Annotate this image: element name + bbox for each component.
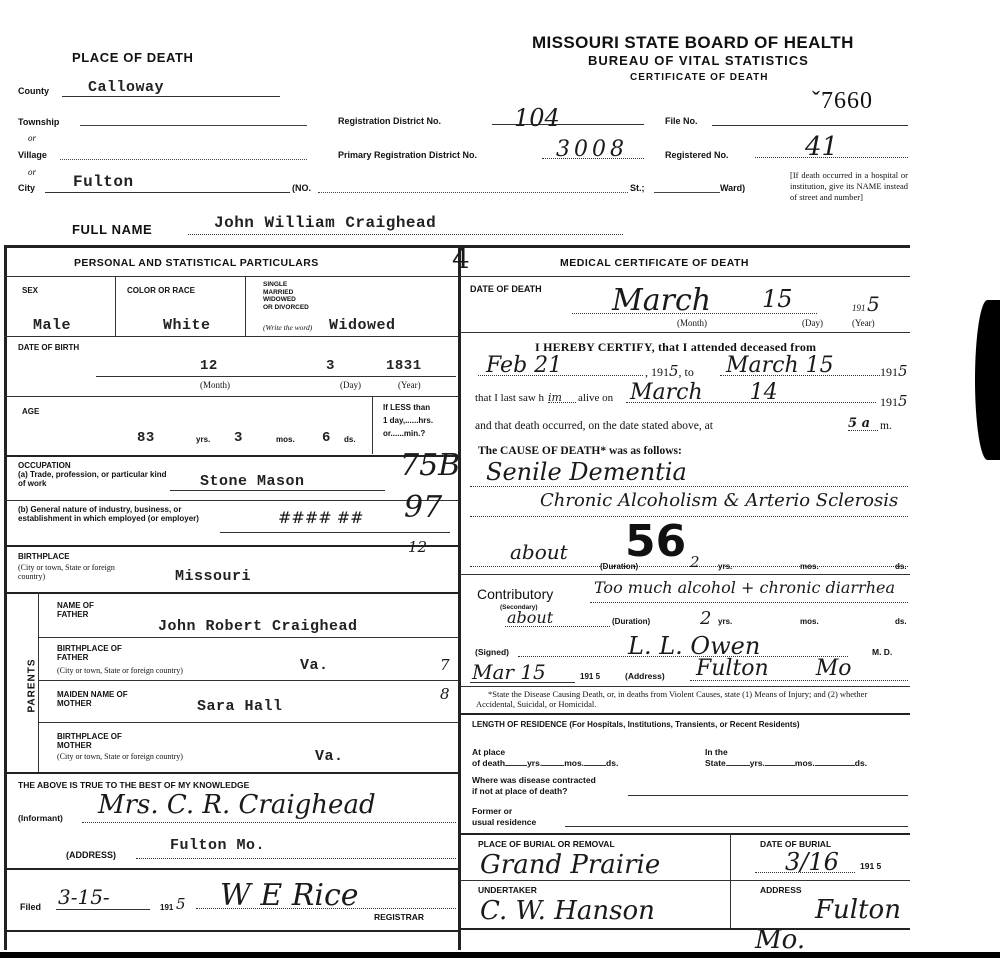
yrs-label: yrs.: [196, 435, 210, 444]
cause-code: 56: [625, 520, 686, 564]
birthplace-value[interactable]: Missouri: [175, 568, 251, 585]
certificate-title: CERTIFICATE OF DEATH: [630, 72, 769, 83]
occupation-a-label: (a) Trade, profession, or particular kin…: [18, 470, 168, 488]
primary-registration-label: Primary Registration District No.: [338, 151, 477, 160]
less-than-note: If LESS than 1 day,......hrs. or......mi…: [383, 401, 433, 440]
attended-from: Feb 21: [486, 353, 562, 378]
undertaker-value: C. W. Hanson: [480, 896, 655, 926]
margin-code-top: 4: [452, 242, 470, 275]
primary-registration-field[interactable]: 3008: [542, 137, 644, 159]
res-ds: ds.: [606, 758, 618, 768]
rule: [372, 396, 373, 454]
registered-no-field[interactable]: 41: [755, 132, 908, 158]
where-contracted-label: Where was disease contracted: [472, 776, 596, 785]
informant-address-field[interactable]: Fulton Mo.: [136, 836, 456, 859]
informant-field[interactable]: Mrs. C. R. Craighead: [82, 790, 456, 823]
pronoun-value: im: [548, 391, 562, 404]
res-mos: mos.: [564, 758, 584, 768]
undertaker-address-value: Fulton Mo.: [755, 895, 901, 955]
city-field[interactable]: Fulton: [45, 173, 290, 193]
rule: [4, 930, 458, 932]
filed-date-field[interactable]: 3-15-: [56, 885, 150, 910]
mother-birthplace-value[interactable]: Va.: [315, 748, 344, 765]
of-death-text: of death: [472, 758, 505, 768]
duration-label-1: (Duration): [600, 562, 638, 571]
bureau-title: BUREAU OF VITAL STATISTICS: [588, 53, 809, 68]
margin-code-industry: 97: [404, 490, 442, 525]
township-field[interactable]: [80, 116, 307, 126]
rule: [460, 833, 910, 835]
file-number-stamp: ˇ7660: [812, 88, 873, 115]
address-label: (ADDRESS): [66, 851, 116, 860]
color-race-value[interactable]: White: [163, 317, 211, 334]
physician-address: Fulton Mo: [696, 656, 852, 681]
margin-code-occupation: 75B: [400, 448, 460, 483]
place-of-death-title: PLACE OF DEATH: [72, 50, 194, 65]
state-residence: Stateyrs.mos.ds.: [705, 759, 867, 768]
to-year: 1915: [880, 362, 908, 380]
father-birthplace-hint: (City or town, State or foreign country): [57, 666, 183, 676]
cause-1: Senile Dementia: [486, 458, 687, 486]
from-year: , 1915, to: [645, 362, 694, 380]
street-no-label: (NO.: [292, 184, 311, 193]
ward-label: Ward): [720, 184, 745, 193]
rule: [4, 500, 458, 501]
rule: [38, 680, 458, 681]
less-day-line: 1 day,......hrs.: [383, 414, 433, 427]
residence-title: LENGTH OF RESIDENCE (For Hospitals, Inst…: [472, 720, 908, 730]
city-label: City: [18, 184, 35, 193]
dob-month: 12: [200, 358, 218, 374]
cause-3: about: [510, 540, 568, 564]
res-yrs: yrs.: [527, 758, 542, 768]
disease-contracted-field[interactable]: [628, 786, 908, 796]
burial-date-value: 3/16: [785, 848, 839, 876]
street-field[interactable]: [318, 183, 628, 193]
year-prefix: 191: [880, 365, 898, 379]
occupation-value: Stone Mason: [200, 473, 305, 490]
rule: [245, 276, 246, 336]
cause-2: Chronic Alcoholism & Arterio Sclerosis: [540, 490, 898, 511]
death-month: March: [612, 283, 711, 318]
death-time-field[interactable]: 5 a: [848, 414, 878, 431]
year-digit: 5: [898, 362, 908, 380]
dob-year: 1831: [386, 358, 422, 374]
dob-month-caption: (Month): [200, 380, 230, 390]
left-border: [4, 245, 7, 950]
mother-name-value[interactable]: Sara Hall: [197, 698, 283, 715]
rule: [4, 545, 458, 547]
informant-address-value: Fulton Mo.: [170, 837, 265, 854]
mos-label: mos.: [276, 435, 295, 444]
death-day-caption: (Day): [802, 318, 823, 328]
filed-year-prefix: 191: [160, 903, 173, 912]
registrar-signature: W E Rice: [220, 878, 359, 913]
year-prefix: 191: [880, 395, 898, 409]
duration-1-years: 2: [690, 553, 700, 571]
contributory-value: Too much alcohol + chronic diarrhea: [594, 578, 895, 597]
alive-on-text: alive on: [578, 392, 613, 404]
less-than-line: If LESS than: [383, 401, 433, 414]
year-prefix: 191: [651, 365, 669, 379]
last-saw-date: March 14: [630, 380, 778, 405]
less-min-line: or......min.?: [383, 427, 433, 440]
duration-2-mos-label: mos.: [800, 617, 819, 626]
scan-artifact: [975, 300, 1000, 460]
duration-1-mos-label: mos.: [800, 562, 819, 571]
undertaker-address-label: ADDRESS: [760, 886, 802, 895]
village-label: Village: [18, 151, 47, 160]
true-statement: THE ABOVE IS TRUE TO THE BEST OF MY KNOW…: [18, 781, 249, 790]
mother-name-label: MAIDEN NAME OF MOTHER: [57, 690, 157, 708]
personal-section-title: PERSONAL AND STATISTICAL PARTICULARS: [74, 257, 319, 269]
cause-footnote: *State the Disease Causing Death, or, in…: [476, 689, 906, 709]
ds-label: ds.: [344, 435, 356, 444]
village-field[interactable]: [60, 150, 307, 160]
birthplace-hint: (City or town, State or foreign country): [18, 563, 140, 581]
filed-date: 3-15-: [58, 885, 110, 909]
rule: [460, 276, 910, 277]
undertaker-label: UNDERTAKER: [478, 886, 537, 895]
rule: [4, 772, 458, 774]
death-occurred-text: and that death occurred, on the date sta…: [475, 420, 713, 432]
to-label: to: [685, 365, 694, 379]
contributory-duration-prefix: about: [507, 608, 553, 627]
state-mos: mos.: [795, 758, 815, 768]
of-death-label: of deathyrs.mos.ds.: [472, 759, 618, 768]
year-digit: 5: [669, 362, 679, 380]
st-label: St.;: [630, 184, 645, 193]
center-divider: [458, 245, 461, 950]
rule: [4, 592, 458, 594]
date-of-death-label: DATE OF DEATH: [470, 285, 542, 294]
occupation-label: OCCUPATION: [18, 461, 71, 470]
or-text-2: or: [28, 167, 36, 177]
full-name-label: FULL NAME: [72, 222, 152, 237]
parents-label: PARENTS: [27, 656, 38, 716]
or-text-1: or: [28, 133, 36, 143]
rule: [38, 592, 39, 772]
burial-date-field[interactable]: 3/16: [755, 848, 855, 873]
full-name-value: John William Craighead: [214, 214, 436, 232]
contributory-label: Contributory: [477, 586, 553, 602]
rule: [460, 713, 910, 715]
file-no-field[interactable]: [712, 116, 908, 126]
age-days: 6: [322, 430, 331, 446]
usual-residence-field[interactable]: [565, 817, 908, 827]
last-saw-year: 1915: [880, 392, 908, 410]
pronoun-field[interactable]: im: [548, 388, 576, 403]
rule: [4, 276, 458, 277]
death-year-suffix: 5: [867, 292, 880, 316]
registrar-label: REGISTRAR: [374, 913, 424, 922]
cause-line-3[interactable]: about: [470, 540, 908, 567]
mother-birthplace-label: BIRTHPLACE OF MOTHER: [57, 732, 137, 750]
margin-code-birthplace: 12: [408, 538, 427, 556]
filed-label: Filed: [20, 903, 41, 912]
burial-place-field[interactable]: Grand Prairie: [470, 850, 750, 878]
contributory-duration-field[interactable]: about: [505, 608, 610, 627]
usual-residence-label: usual residence: [472, 818, 536, 827]
if-not-label: if not at place of death?: [472, 787, 567, 796]
father-birthplace-label: BIRTHPLACE OF FATHER: [57, 644, 137, 662]
marital-options: SINGLE MARRIED WIDOWED OR DIVORCED: [263, 281, 309, 311]
rule: [115, 276, 116, 336]
registered-no-value: 41: [805, 132, 838, 162]
cause-line-1[interactable]: Senile Dementia: [470, 458, 908, 487]
rule: [460, 928, 910, 930]
occupation-field[interactable]: Stone Mason: [170, 472, 385, 491]
margin-code-mother: 8: [440, 685, 450, 703]
date-of-death-field[interactable]: March 15: [572, 283, 817, 314]
last-saw-text: that I last saw h: [475, 392, 544, 404]
father-name-value[interactable]: John Robert Craighead: [158, 618, 358, 635]
ward-field[interactable]: [654, 183, 720, 193]
rule: [38, 722, 458, 723]
informant-signature: Mrs. C. R. Craighead: [98, 790, 376, 820]
at-place-label: At place: [472, 748, 505, 757]
duration-label-2: (Duration): [612, 617, 650, 626]
file-no-label: File No.: [665, 117, 698, 126]
bottom-border: [0, 952, 1000, 958]
county-value: Calloway: [88, 79, 164, 96]
age-months: 3: [234, 430, 243, 446]
signed-date: Mar 15: [472, 660, 546, 684]
dob-day: 3: [326, 358, 335, 374]
dob-label: DATE OF BIRTH: [18, 343, 79, 352]
death-year-caption: (Year): [852, 318, 875, 328]
medical-section-title: MEDICAL CERTIFICATE OF DEATH: [560, 257, 749, 269]
registrar-field[interactable]: W E Rice: [196, 878, 456, 909]
age-label: AGE: [22, 407, 39, 416]
former-or-label: Former or: [472, 807, 512, 816]
age-years: 83: [137, 430, 155, 446]
rule: [460, 332, 910, 333]
duration-2-ds-label: ds.: [895, 617, 907, 626]
in-the-label: In the: [705, 748, 728, 757]
sex-value[interactable]: Male: [33, 317, 71, 334]
year-digit: 5: [898, 392, 908, 410]
mother-birthplace-hint: (City or town, State or foreign country): [57, 752, 183, 762]
attended-to: March 15: [726, 353, 834, 378]
death-month-caption: (Month): [677, 318, 707, 328]
death-day: 15: [762, 285, 793, 313]
color-race-label: COLOR OR RACE: [127, 286, 195, 295]
marital-hint: (Write the word): [263, 323, 312, 333]
rule: [4, 336, 458, 337]
rule: [460, 880, 910, 881]
registered-no-label: Registered No.: [665, 151, 729, 160]
marital-value[interactable]: Widowed: [329, 317, 396, 334]
registration-district-value: 104: [514, 104, 560, 132]
rule: [38, 637, 458, 638]
rule: [460, 574, 910, 575]
physician-address-field[interactable]: Fulton Mo: [690, 656, 908, 681]
attended-from-field[interactable]: Feb 21: [478, 353, 643, 376]
duration-1-yrs-label: yrs.: [718, 562, 732, 571]
rule: [4, 455, 458, 457]
registration-district-label: Registration District No.: [338, 117, 441, 126]
rule: [4, 868, 458, 870]
attended-to-field[interactable]: March 15: [720, 353, 880, 376]
occupation-b-label: (b) General nature of industry, business…: [18, 505, 218, 523]
registration-district-field[interactable]: 104: [492, 104, 644, 125]
county-label: County: [18, 87, 49, 96]
cause-label: The CAUSE OF DEATH* was as follows:: [478, 445, 682, 457]
informant-label: (Informant): [18, 814, 63, 823]
birthplace-label: BIRTHPLACE: [18, 552, 70, 561]
signed-label: (Signed): [475, 648, 509, 657]
dob-field[interactable]: 12 3 1831: [96, 358, 456, 377]
physician-signature-field[interactable]: L. L. Owen: [518, 632, 848, 657]
rule: [460, 686, 910, 687]
duration-2-yrs-label: yrs.: [718, 617, 732, 626]
physician-address-label: (Address): [625, 672, 665, 681]
duration-1-ds-label: ds.: [895, 562, 907, 571]
father-name-label: NAME OF FATHER: [57, 601, 127, 619]
state-yrs: yrs.: [750, 758, 765, 768]
primary-registration-value: 3008: [556, 137, 628, 162]
death-year-prefix: 191: [852, 303, 866, 313]
father-birthplace-value[interactable]: Va.: [300, 657, 329, 674]
age-field[interactable]: 83 yrs. 3 mos. 6 ds.: [100, 430, 368, 446]
duration-2-years: 2: [700, 608, 711, 629]
city-value: Fulton: [73, 173, 134, 191]
burial-place-value: Grand Prairie: [480, 850, 660, 880]
state-ds: ds.: [855, 758, 867, 768]
cause-line-2[interactable]: Chronic Alcoholism & Arterio Sclerosis: [470, 490, 908, 517]
signed-date-field[interactable]: Mar 15: [470, 660, 575, 683]
state-text: State: [705, 758, 726, 768]
m-suffix: m.: [880, 420, 892, 432]
filed-year-suffix: 5: [176, 895, 186, 913]
signed-year: 191 5: [580, 672, 600, 681]
dob-day-caption: (Day): [340, 380, 361, 390]
sex-label: SEX: [22, 286, 38, 295]
undertaker-field[interactable]: C. W. Hanson: [470, 896, 728, 926]
industry-value: #### ##: [278, 508, 364, 527]
burial-place-label: PLACE OF BURIAL OR REMOVAL: [478, 840, 615, 849]
contributory-field[interactable]: Too much alcohol + chronic diarrhea: [590, 578, 908, 603]
full-name-field[interactable]: John William Craighead: [188, 214, 623, 235]
rule: [4, 396, 458, 397]
margin-code-father: 7: [440, 656, 450, 674]
township-label: Township: [18, 118, 59, 127]
dob-year-caption: (Year): [398, 380, 421, 390]
burial-year: 191 5: [860, 862, 881, 871]
hospital-note: [If death occurred in a hospital or inst…: [790, 170, 908, 203]
last-saw-date-field[interactable]: March 14: [626, 380, 876, 403]
board-title: MISSOURI STATE BOARD OF HEALTH: [532, 33, 854, 53]
death-time: 5 a: [848, 416, 870, 431]
county-field[interactable]: Calloway: [62, 78, 280, 97]
